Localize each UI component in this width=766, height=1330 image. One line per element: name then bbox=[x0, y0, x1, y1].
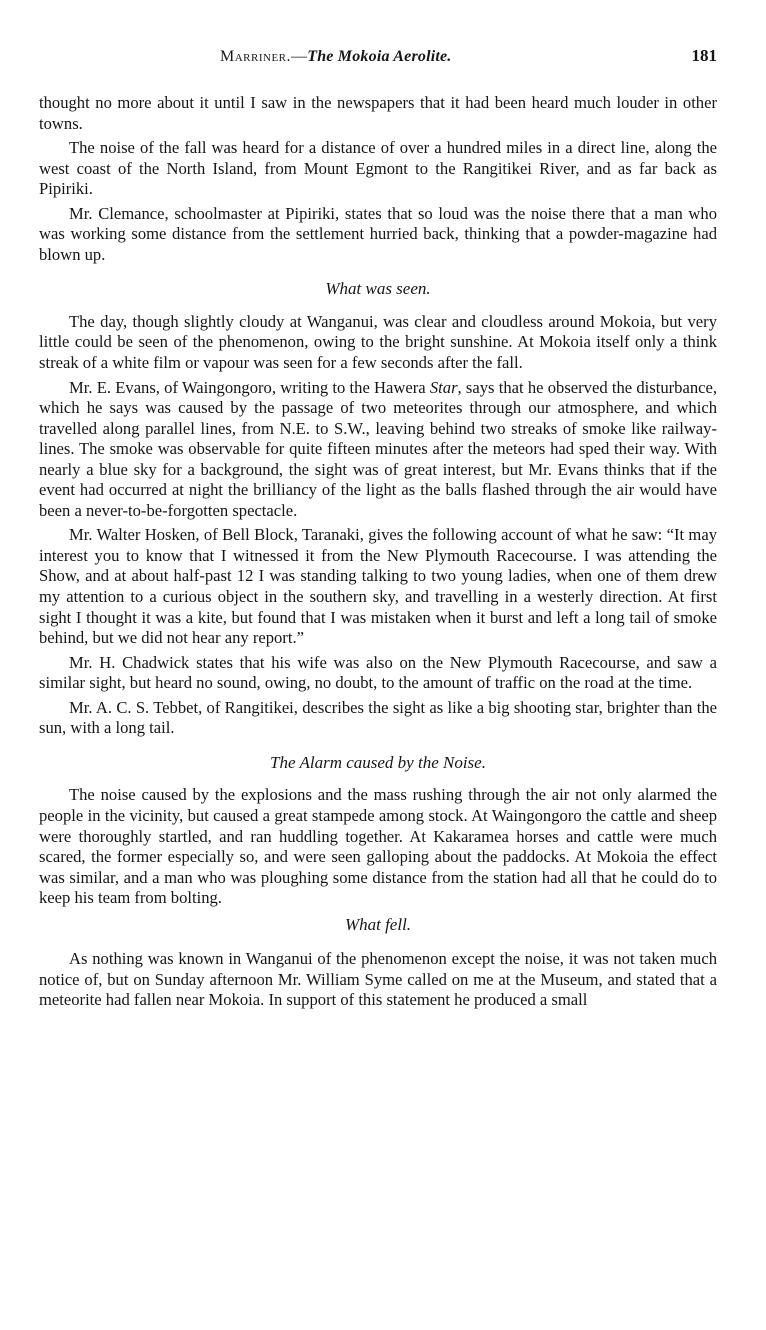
running-head-article-title: The Mokoia Aerolite. bbox=[307, 48, 451, 65]
running-head-title: Marriner.—The Mokoia Aerolite. bbox=[220, 48, 452, 66]
evans-text-b: , says that he observed the disturbance,… bbox=[39, 378, 717, 520]
paragraph-clemance: Mr. Clemance, schoolmaster at Pipiriki, … bbox=[39, 204, 717, 266]
evans-text-a: Mr. E. Evans, of Waingongoro, writing to… bbox=[69, 378, 430, 397]
paragraph-evans: Mr. E. Evans, of Waingongoro, writing to… bbox=[39, 378, 717, 522]
running-head-dash: — bbox=[291, 48, 307, 65]
running-head-author: Marriner. bbox=[220, 48, 291, 65]
paragraph-chadwick: Mr. H. Chadwick states that his wife was… bbox=[39, 653, 717, 694]
running-head: Marriner.—The Mokoia Aerolite. 181 bbox=[39, 40, 717, 70]
paragraph-tebbet: Mr. A. C. S. Tebbet, of Rangitikei, desc… bbox=[39, 698, 717, 739]
article-body: thought no more about it until I saw in … bbox=[39, 93, 717, 1011]
section-heading-alarm: The Alarm caused by the Noise. bbox=[39, 753, 717, 774]
paragraph-continued: thought no more about it until I saw in … bbox=[39, 93, 717, 134]
paragraph-day-description: The day, though slightly cloudy at Wanga… bbox=[39, 312, 717, 374]
paragraph-what-fell: As nothing was known in Wanganui of the … bbox=[39, 949, 717, 1011]
newspaper-name: Star bbox=[430, 378, 458, 397]
section-heading-what-was-seen: What was seen. bbox=[39, 279, 717, 300]
page-number: 181 bbox=[692, 46, 718, 66]
paragraph-alarm: The noise caused by the explosions and t… bbox=[39, 785, 717, 908]
section-heading-what-fell: What fell. bbox=[39, 915, 717, 936]
paragraph-noise-distance: The noise of the fall was heard for a di… bbox=[39, 138, 717, 200]
document-page: Marriner.—The Mokoia Aerolite. 181 thoug… bbox=[39, 40, 717, 1011]
paragraph-hosken: Mr. Walter Hosken, of Bell Block, Tarana… bbox=[39, 525, 717, 648]
